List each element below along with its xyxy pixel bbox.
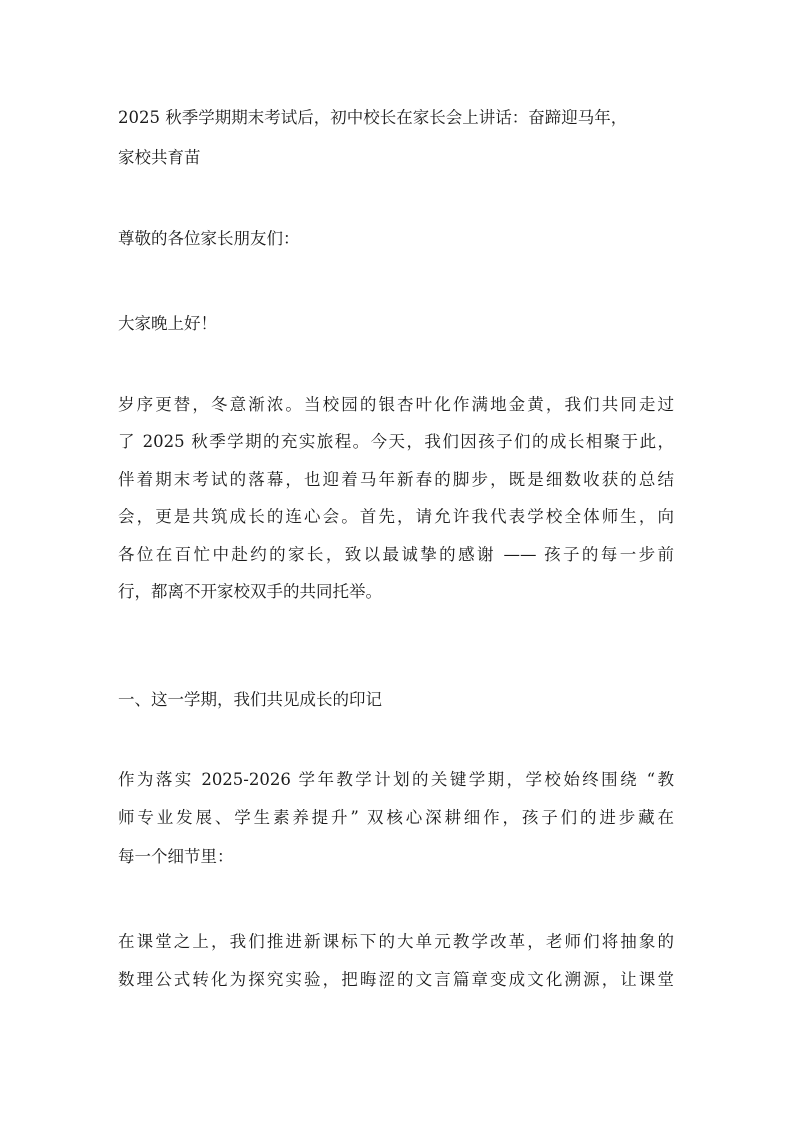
paragraph-3-line: 数理公式转化为探究实验，把晦涩的文言篇章变成文化溯源，让课堂 [118, 970, 674, 990]
paragraph-1-line: 岁序更替，冬意渐浓。当校园的银杏叶化作满地金黄，我们共同走过 [118, 395, 674, 415]
paragraph-3-line: 在课堂之上，我们推进新课标下的大单元教学改革，老师们将抽象的 [118, 932, 674, 952]
section-heading: 一、这一学期，我们共见成长的印记 [118, 690, 382, 710]
paragraph-2-line: 每一个细节里： [118, 847, 234, 867]
paragraph-1-line: 各位在百忙中赴约的家长，致以最诚挚的感谢 —— 孩子的每一步前 [118, 545, 674, 565]
paragraph-1-line: 了 2025 秋季学期的充实旅程。今天，我们因孩子们的成长相聚于此， [118, 432, 674, 452]
paragraph-1-line: 伴着期末考试的落幕，也迎着马年新春的脚步，既是细数收获的总结 [118, 470, 674, 490]
paragraph-2-line: 作为落实 2025-2026 学年教学计划的关键学期，学校始终围绕 “教 [118, 770, 674, 790]
salutation: 尊敬的各位家长朋友们： [118, 229, 300, 249]
greeting: 大家晚上好！ [118, 314, 217, 334]
document-title-line-2: 家校共育苗 [118, 148, 201, 168]
paragraph-1-line: 会，更是共筑成长的连心会。首先，请允许我代表学校全体师生，向 [118, 507, 674, 527]
paragraph-2-line: 师专业发展、学生素养提升” 双核心深耕细作，孩子们的进步藏在 [118, 808, 674, 828]
paragraph-1-line: 行，都离不开家校双手的共同托举。 [118, 582, 382, 602]
document-title-line-1: 2025 秋季学期期末考试后，初中校长在家长会上讲话：奋蹄迎马年， [118, 108, 627, 128]
